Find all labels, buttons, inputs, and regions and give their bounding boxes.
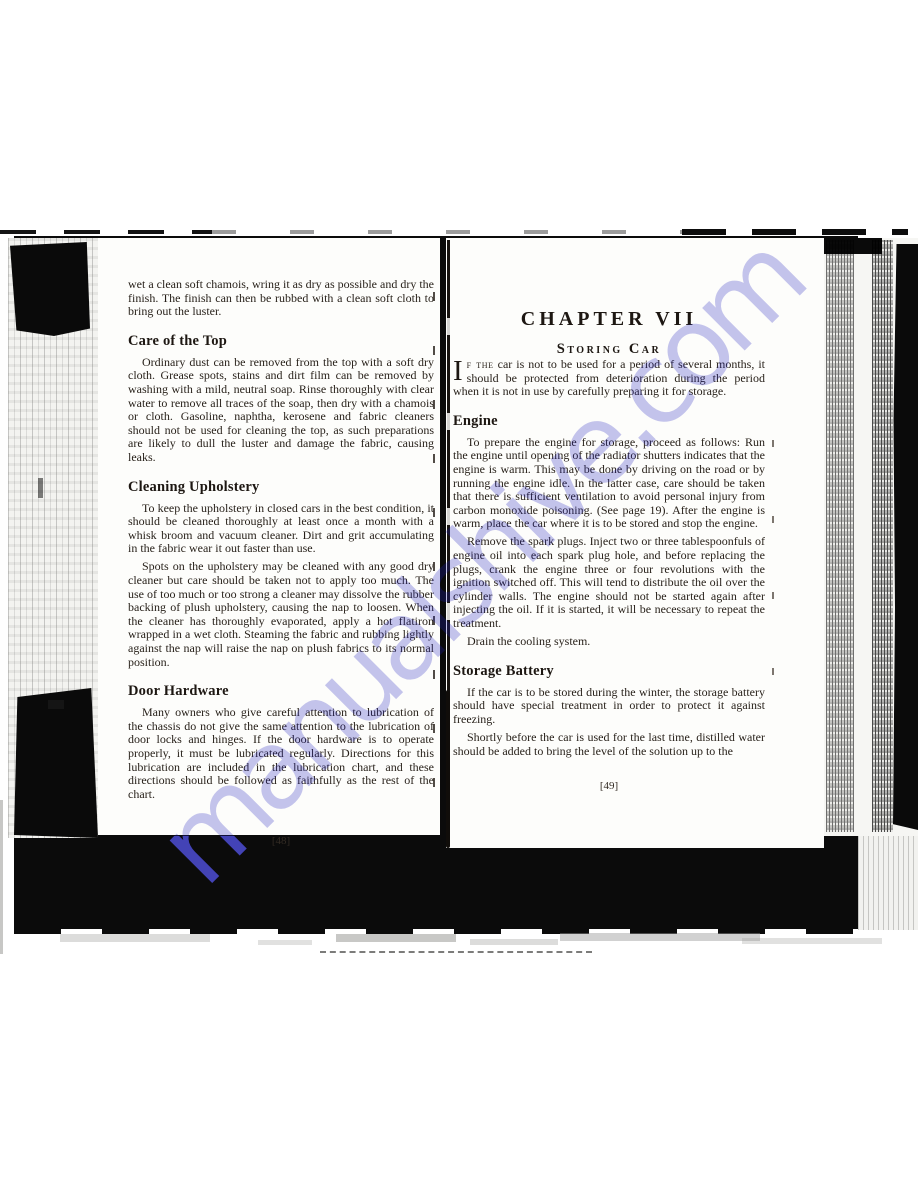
left-page: wet a clean soft chamois, wring it as dr… <box>98 238 440 835</box>
scan-residue <box>560 933 760 941</box>
scan-top-edge <box>212 230 682 234</box>
intro-text: car is not to be used for a period of se… <box>453 357 765 398</box>
ink-blotch <box>10 242 90 336</box>
body-paragraph: To prepare the engine for storage, proce… <box>453 436 765 531</box>
scan-residue <box>742 938 882 944</box>
drop-cap: I <box>453 358 467 384</box>
scan-residue <box>258 940 312 945</box>
scan-residue-dashed-line <box>320 951 592 953</box>
body-paragraph: Drain the cooling system. <box>453 635 765 649</box>
page-edge-marks <box>433 292 435 792</box>
section-heading-door-hardware: Door Hardware <box>128 683 434 699</box>
section-heading-care-of-the-top: Care of the Top <box>128 333 434 349</box>
film-edge-right <box>824 238 918 836</box>
body-paragraph: Spots on the upholstery may be cleaned w… <box>128 560 434 669</box>
body-paragraph: If the car is to be stored during the wi… <box>453 686 765 727</box>
book-spine-line <box>446 690 450 848</box>
scan-top-edge <box>0 230 212 234</box>
ink-blotch <box>14 688 98 838</box>
scanned-manual-screenshot: wet a clean soft chamois, wring it as dr… <box>0 0 918 1188</box>
page-edge-marks <box>772 440 774 740</box>
scan-residue <box>60 934 210 942</box>
page-number: [49] <box>453 780 765 794</box>
section-heading-engine: Engine <box>453 413 765 429</box>
page-number: [48] <box>128 835 434 849</box>
left-page-text-column: wet a clean soft chamois, wring it as dr… <box>128 278 434 849</box>
body-paragraph: wet a clean soft chamois, wring it as dr… <box>128 278 434 319</box>
small-caps-lead: f the <box>467 357 494 371</box>
scratch-streaks <box>872 240 893 832</box>
body-paragraph: Many owners who give careful attention t… <box>128 706 434 801</box>
scan-residue <box>336 934 456 942</box>
chapter-heading: CHAPTER VII <box>453 308 765 330</box>
scan-residue <box>470 939 558 945</box>
right-page-text-column: CHAPTER VII Storing Car I f the car is n… <box>453 308 765 794</box>
right-page: CHAPTER VII Storing Car I f the car is n… <box>446 238 824 848</box>
body-paragraph: Shortly before the car is used for the l… <box>453 731 765 758</box>
body-paragraph: Remove the spark plugs. Inject two or th… <box>453 535 765 630</box>
scratch-streaks <box>826 240 854 832</box>
section-heading-cleaning-upholstery: Cleaning Upholstery <box>128 479 434 495</box>
scratch-streaks <box>858 836 918 930</box>
body-paragraph: To keep the upholstery in closed cars in… <box>128 502 434 556</box>
ink-blotch <box>893 244 918 830</box>
body-paragraph: Ordinary dust can be removed from the to… <box>128 356 434 465</box>
film-corner <box>858 836 918 930</box>
section-heading-storage-battery: Storage Battery <box>453 663 765 679</box>
ink-blotch <box>48 700 64 709</box>
body-paragraph: I f the car is not to be used for a peri… <box>453 358 765 399</box>
chapter-subheading: Storing Car <box>453 341 765 358</box>
scan-residue <box>0 800 3 954</box>
scan-top-edge <box>682 229 908 235</box>
ink-blotch <box>38 478 43 498</box>
